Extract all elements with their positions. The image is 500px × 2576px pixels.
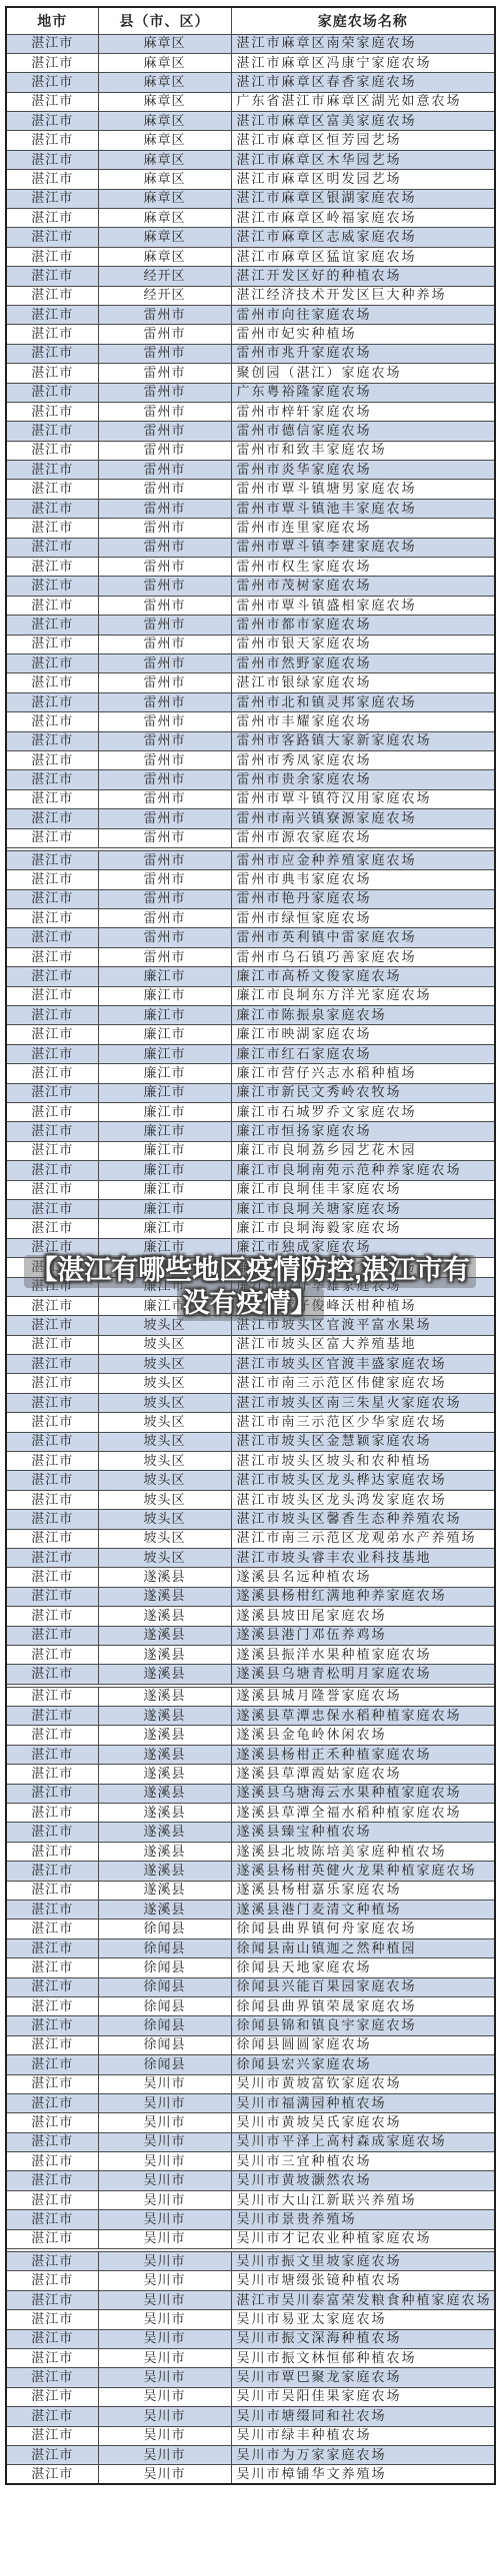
county-cell: 雷州市: [98, 850, 231, 869]
farm-cell: 湛江市麻章区冯康宁家庭农场: [231, 53, 495, 72]
farm-cell: 遂溪县杨柑嘉乐家庭农场: [231, 1881, 495, 1900]
county-cell: 坡头区: [98, 1452, 231, 1471]
county-cell: 徐闻县: [98, 2055, 231, 2074]
city-cell: 湛江市: [6, 596, 98, 615]
table-row: 湛江市坡头区湛江市南三示范区少华家庭农场: [6, 1413, 495, 1432]
farm-cell: 湛江市麻章区春香家庭农场: [231, 73, 495, 92]
county-cell: 雷州市: [98, 673, 231, 692]
table-row: 湛江市雷州市雷州市秀凤家庭农场: [6, 750, 495, 769]
city-cell: 湛江市: [6, 1665, 98, 1684]
table-row: 湛江市雷州市雷州市英利镇中雷家庭农场: [6, 928, 495, 947]
table-row: 湛江市麻章区湛江市麻章区木华园艺场: [6, 150, 495, 169]
county-cell: 雷州市: [98, 870, 231, 889]
city-cell: 湛江市: [6, 1064, 98, 1083]
city-cell: 湛江市: [6, 2271, 98, 2290]
county-cell: 吴川市: [98, 2093, 231, 2112]
table-row: 湛江市坡头区湛江市坡头区官渡平富水果场: [6, 1316, 495, 1335]
county-cell: 遂溪县: [98, 1862, 231, 1881]
farm-cell: 雷州市都市家庭农场: [231, 616, 495, 635]
farm-cell: 廉江市营仔华雄家庭农场: [231, 1277, 495, 1296]
county-cell: 遂溪县: [98, 1745, 231, 1764]
farm-cell: 湛江市坡头区龙头桦达家庭农场: [231, 1471, 495, 1490]
table-row: 湛江市遂溪县遂溪县港门邓伍养鸡场: [6, 1626, 495, 1645]
farm-cell: 雷州市贵余家庭农场: [231, 770, 495, 789]
farm-cell: 雷州市覃斗镇符汉用家庭农场: [231, 789, 495, 808]
table-row: 湛江市雷州市雷州市丰耀家庭农场: [6, 712, 495, 731]
farm-cell: 湛江市南三示范区少华家庭农场: [231, 1413, 495, 1432]
table-row: 湛江市麻章区湛江市麻章区富美家庭农场: [6, 112, 495, 131]
table-row: 湛江市雷州市雷州市覃斗镇李建家庭农场: [6, 538, 495, 557]
farm-cell: 廉江市良垌海毅家庭农场: [231, 1219, 495, 1238]
table-row: 湛江市雷州市雷州市连里家庭农场: [6, 519, 495, 538]
city-cell: 湛江市: [6, 1355, 98, 1374]
county-cell: 遂溪县: [98, 1842, 231, 1861]
table-row: 湛江市雷州市雷州市和致丰家庭农场: [6, 441, 495, 460]
table-row: 湛江市廉江市廉江市良垌东方洋光家庭农场: [6, 986, 495, 1005]
farm-cell: 遂溪县草潭全福水稻种植家庭农场: [231, 1804, 495, 1823]
farm-cell: 雷州市北和镇灵邦家庭农场: [231, 692, 495, 711]
farm-cell: 湛江市坡头区南三朱星火家庭农场: [231, 1393, 495, 1412]
farm-cell: 雷州市德信家庭农场: [231, 422, 495, 441]
table-row: 湛江市徐闻县徐闻县圆圆家庭农场: [6, 2035, 495, 2054]
county-cell: 遂溪县: [98, 1707, 231, 1726]
county-cell: 经开区: [98, 267, 231, 286]
city-cell: 湛江市: [6, 1726, 98, 1745]
farm-cell: 雷州市英利镇中雷家庭农场: [231, 928, 495, 947]
table-row: 湛江市雷州市雷州市德信家庭农场: [6, 422, 495, 441]
county-cell: 吴川市: [98, 2290, 231, 2309]
farm-cell: 廉江市营仔兴志水稻种植场: [231, 1064, 495, 1083]
city-cell: 湛江市: [6, 1510, 98, 1529]
city-cell: 湛江市: [6, 1180, 98, 1199]
table-row: 湛江市遂溪县遂溪县草潭忠保水稻种植家庭农场: [6, 1707, 495, 1726]
table-row: 湛江市雷州市雷州市炎华家庭农场: [6, 461, 495, 480]
farm-cell: 聚创园（湛江）家庭农场: [231, 364, 495, 383]
city-cell: 湛江市: [6, 92, 98, 111]
farm-cell: 遂溪县名远种植农场: [231, 1568, 495, 1587]
table-row: 湛江市吴川市吴川市为万家家庭农场: [6, 2445, 495, 2464]
county-cell: 遂溪县: [98, 1784, 231, 1803]
county-cell: 雷州市: [98, 344, 231, 363]
city-cell: 湛江市: [6, 402, 98, 421]
table-row: 湛江市麻章区湛江市麻章区岭福家庭农场: [6, 209, 495, 228]
table-row: 湛江市廉江市廉江市陈振泉家庭农场: [6, 1006, 495, 1025]
farm-cell: 吴川市塘缀张镜种植农场: [231, 2271, 495, 2290]
city-cell: 湛江市: [6, 1548, 98, 1567]
table-row: 湛江市廉江市廉江市良垌南苑示范种养家庭农场: [6, 1161, 495, 1180]
farm-cell: 雷州市应金种养殖家庭农场: [231, 850, 495, 869]
table-row: 湛江市遂溪县遂溪县振洋水果种植家庭农场: [6, 1645, 495, 1664]
table-row: 湛江市雷州市雷州市典韦家庭农场: [6, 870, 495, 889]
farm-cell: 湛江市坡头区坡头和农种植场: [231, 1452, 495, 1471]
table-row: 湛江市雷州市雷州市权生家庭农场: [6, 558, 495, 577]
table-row: 湛江市廉江市廉江市石城罗乔文家庭农场: [6, 1102, 495, 1121]
city-cell: 湛江市: [6, 1626, 98, 1645]
city-cell: 湛江市: [6, 577, 98, 596]
county-cell: 雷州市: [98, 325, 231, 344]
county-cell: 廉江市: [98, 1277, 231, 1296]
farm-cell: 吴川市振文里坡家庭农场: [231, 2252, 495, 2271]
table-row: 湛江市吴川市吴川市振文林恒郁种植农场: [6, 2348, 495, 2367]
farm-cell: 雷州市覃斗镇李建家庭农场: [231, 538, 495, 557]
county-cell: 坡头区: [98, 1335, 231, 1354]
city-cell: 湛江市: [6, 1804, 98, 1823]
county-cell: 遂溪县: [98, 1626, 231, 1645]
city-cell: 湛江市: [6, 1393, 98, 1412]
table-row: 湛江市麻章区湛江市麻章区春香家庭农场: [6, 73, 495, 92]
table-row: 湛江市雷州市雷州市向往家庭农场: [6, 305, 495, 324]
city-cell: 湛江市: [6, 1044, 98, 1063]
city-cell: 湛江市: [6, 73, 98, 92]
county-cell: 麻章区: [98, 131, 231, 150]
farm-cell: 雷州市覃斗镇池丰家庭农场: [231, 499, 495, 518]
farm-cell: 湛江市麻章区木华园艺场: [231, 150, 495, 169]
table-row: 湛江市廉江市廉江市高桥文俊家庭农场: [6, 967, 495, 986]
table-row: 湛江市廉江市廉江市映湖家庭农场: [6, 1025, 495, 1044]
city-cell: 湛江市: [6, 170, 98, 189]
county-cell: 坡头区: [98, 1432, 231, 1451]
col-header-city: 地市: [6, 7, 98, 34]
farm-cell: 廉江市新民文秀岭农牧场: [231, 1083, 495, 1102]
county-cell: 徐闻县: [98, 2016, 231, 2035]
city-cell: 湛江市: [6, 1296, 98, 1315]
table-row: 湛江市廉江市廉江市新民文秀岭农牧场: [6, 1083, 495, 1102]
table-row: 湛江市坡头区湛江市坡头区坡头和农种植场: [6, 1452, 495, 1471]
city-cell: 湛江市: [6, 1920, 98, 1938]
table-row: 湛江市雷州市雷州市覃斗镇符汉用家庭农场: [6, 789, 495, 808]
farm-cell: 廉江市石城罗乔文家庭农场: [231, 1102, 495, 1121]
farm-cell: 雷州市兆升家庭农场: [231, 344, 495, 363]
farm-cell: 廉江市营仔俊峰沃柑种植场: [231, 1296, 495, 1315]
table-row: 湛江市吴川市吴川市大山江新联兴养殖场: [6, 2190, 495, 2209]
table-row: 湛江市吴川市吴川市塘缀张镜种植农场: [6, 2271, 495, 2290]
county-cell: 遂溪县: [98, 1726, 231, 1745]
city-cell: 湛江市: [6, 1881, 98, 1900]
table-row: 湛江市遂溪县遂溪县金龟岭休闲农场: [6, 1726, 495, 1745]
farm-cell: 吴川市三宜种植农场: [231, 2152, 495, 2171]
county-cell: 徐闻县: [98, 1938, 231, 1957]
table-row: 湛江市吴川市吴川市才记农业种植家庭农场: [6, 2229, 495, 2248]
county-cell: 廉江市: [98, 1199, 231, 1218]
farm-cell: 湛江市南三示范区龙观弟水产养殖场: [231, 1529, 495, 1548]
farm-cell: 雷州市连里家庭农场: [231, 519, 495, 538]
farm-cell: 雷州市秀凤家庭农场: [231, 750, 495, 769]
county-cell: 坡头区: [98, 1355, 231, 1374]
city-cell: 湛江市: [6, 2152, 98, 2171]
city-cell: 湛江市: [6, 889, 98, 908]
farm-cell: 湛江市麻章区志威家庭农场: [231, 228, 495, 247]
table-row: 湛江市麻章区湛江市麻章区银湖家庭农场: [6, 189, 495, 208]
farm-cell: 遂溪县坡田尾家庭农场: [231, 1607, 495, 1626]
city-cell: 湛江市: [6, 1238, 98, 1257]
county-cell: 徐闻县: [98, 2035, 231, 2054]
city-cell: 湛江市: [6, 1335, 98, 1354]
farm-cell: 廉江市良垌南苑示范种养家庭农场: [231, 1161, 495, 1180]
county-cell: 雷州市: [98, 558, 231, 577]
farm-cell: 雷州市覃斗镇塘男家庭农场: [231, 480, 495, 499]
county-cell: 麻章区: [98, 247, 231, 266]
city-cell: 湛江市: [6, 34, 98, 53]
city-cell: 湛江市: [6, 1745, 98, 1764]
county-cell: 吴川市: [98, 2190, 231, 2209]
city-cell: 湛江市: [6, 1374, 98, 1393]
city-cell: 湛江市: [6, 422, 98, 441]
county-cell: 雷州市: [98, 692, 231, 711]
city-cell: 湛江市: [6, 850, 98, 869]
county-cell: 遂溪县: [98, 1687, 231, 1706]
county-cell: 廉江市: [98, 1083, 231, 1102]
city-cell: 湛江市: [6, 2055, 98, 2074]
table-row: 湛江市遂溪县遂溪县城月隆誉家庭农场: [6, 1687, 495, 1706]
county-cell: 雷州市: [98, 809, 231, 828]
county-cell: 坡头区: [98, 1471, 231, 1490]
county-cell: 坡头区: [98, 1510, 231, 1529]
farm-cell: 吴川市绿丰种植农场: [231, 2426, 495, 2445]
city-cell: 湛江市: [6, 616, 98, 635]
city-cell: 湛江市: [6, 538, 98, 557]
farm-cell: 吴川市吴阳佳果家庭农场: [231, 2387, 495, 2406]
farm-cell: 雷州市和致丰家庭农场: [231, 441, 495, 460]
table-row: 湛江市吴川市湛江市吴川泰富荣发粮食种植家庭农场: [6, 2290, 495, 2309]
table-row: 湛江市遂溪县遂溪县港门麦清文种植场: [6, 1901, 495, 1920]
farm-cell: 雷州市典韦家庭农场: [231, 870, 495, 889]
table-row: 湛江市坡头区湛江市坡头区富大养殖基地: [6, 1335, 495, 1354]
table-row: 湛江市麻章区湛江市麻章区明发园艺场: [6, 170, 495, 189]
county-cell: 廉江市: [98, 1044, 231, 1063]
table-row: 湛江市经开区湛江开发区好的种植农场: [6, 267, 495, 286]
farm-cell: 廉江市良垌荔乡园艺花木园: [231, 1141, 495, 1160]
city-cell: 湛江市: [6, 305, 98, 324]
county-cell: 坡头区: [98, 1393, 231, 1412]
table-row: 湛江市遂溪县遂溪县臻宝种植农场: [6, 1823, 495, 1842]
table-row: 湛江市雷州市雷州市覃斗镇池丰家庭农场: [6, 499, 495, 518]
farm-cell: 徐闻县曲界镇荣晟家庭农场: [231, 1996, 495, 2015]
farm-cell: 湛江市坡头区官渡平富水果场: [231, 1316, 495, 1335]
table-row: 湛江市遂溪县遂溪县草潭霞姑家庭农场: [6, 1765, 495, 1784]
county-cell: 遂溪县: [98, 1881, 231, 1900]
city-cell: 湛江市: [6, 247, 98, 266]
table-row: 湛江市遂溪县遂溪县草潭全福水稻种植家庭农场: [6, 1804, 495, 1823]
farm-cell: 遂溪县港门邓伍养鸡场: [231, 1626, 495, 1645]
farm-cell: 吴川市樟铺华文养殖场: [231, 2465, 495, 2484]
farm-cell: 湛江市银绿家庭农场: [231, 673, 495, 692]
farm-cell: 湛江市坡头区官渡丰盛家庭农场: [231, 1355, 495, 1374]
table-row: 湛江市雷州市雷州市贵余家庭农场: [6, 770, 495, 789]
city-cell: 湛江市: [6, 1471, 98, 1490]
farm-cell: 遂溪县草潭忠保水稻种植家庭农场: [231, 1707, 495, 1726]
farm-cell: 吴川市振文林恒郁种植农场: [231, 2348, 495, 2367]
county-cell: 雷州市: [98, 909, 231, 928]
county-cell: 麻章区: [98, 170, 231, 189]
county-cell: 吴川市: [98, 2252, 231, 2271]
farm-cell: 徐闻县宏兴家庭农场: [231, 2055, 495, 2074]
city-cell: 湛江市: [6, 1413, 98, 1432]
city-cell: 湛江市: [6, 53, 98, 72]
table-row: 湛江市遂溪县遂溪县杨柑红满地种养家庭农场: [6, 1587, 495, 1606]
county-cell: 廉江市: [98, 1238, 231, 1257]
city-cell: 湛江市: [6, 1258, 98, 1277]
table-row: 湛江市雷州市雷州市然野家庭农场: [6, 654, 495, 673]
city-cell: 湛江市: [6, 2310, 98, 2329]
table-row: 湛江市坡头区湛江市南三示范区龙观弟水产养殖场: [6, 1529, 495, 1548]
table-row: 湛江市坡头区湛江市坡头区龙头鸿发家庭农场: [6, 1490, 495, 1509]
county-cell: 廉江市: [98, 1006, 231, 1025]
farm-cell: 吴川市振文深海种植农场: [231, 2329, 495, 2348]
county-cell: 廉江市: [98, 986, 231, 1005]
county-cell: 吴川市: [98, 2310, 231, 2329]
county-cell: 吴川市: [98, 2387, 231, 2406]
county-cell: 遂溪县: [98, 1568, 231, 1587]
city-cell: 湛江市: [6, 1645, 98, 1664]
city-cell: 湛江市: [6, 1277, 98, 1296]
farm-cell: 遂溪县草潭霞姑家庭农场: [231, 1765, 495, 1784]
col-header-county: 县（市、区）: [98, 7, 231, 34]
county-cell: 遂溪县: [98, 1645, 231, 1664]
county-cell: 吴川市: [98, 2368, 231, 2387]
county-cell: 遂溪县: [98, 1665, 231, 1684]
farm-cell: 吴川市景贵养殖场: [231, 2210, 495, 2229]
table-row: 湛江市廉江市廉江市营仔华雄家庭农场: [6, 1277, 495, 1296]
table-row: 湛江市雷州市聚创园（湛江）家庭农场: [6, 364, 495, 383]
city-cell: 湛江市: [6, 1784, 98, 1803]
farm-cell: 吴川市才记农业种植家庭农场: [231, 2229, 495, 2248]
table-row: 湛江市吴川市吴川市景贵养殖场: [6, 2210, 495, 2229]
table-row: 湛江市徐闻县徐闻县锦和镇良宇家庭农场: [6, 2016, 495, 2035]
county-cell: 吴川市: [98, 2407, 231, 2426]
county-cell: 雷州市: [98, 635, 231, 653]
farm-cell: 雷州市乌石镇巧善家庭农场: [231, 947, 495, 966]
county-cell: 遂溪县: [98, 1901, 231, 1920]
county-cell: 雷州市: [98, 770, 231, 789]
county-cell: 雷州市: [98, 422, 231, 441]
city-cell: 湛江市: [6, 2407, 98, 2426]
county-cell: 坡头区: [98, 1490, 231, 1509]
table-row: 湛江市徐闻县徐闻县曲界镇荣晟家庭农场: [6, 1996, 495, 2015]
city-cell: 湛江市: [6, 1219, 98, 1238]
farm-cell: 湛江市麻章区猛谊家庭农场: [231, 247, 495, 266]
table-row: 湛江市徐闻县徐闻县南山镇迦之然种植园: [6, 1938, 495, 1957]
county-cell: 雷州市: [98, 499, 231, 518]
farm-table: 地市 县（市、区） 家庭农场名称 湛江市麻章区湛江市麻章区南荣家庭农场湛江市麻章…: [5, 6, 496, 2485]
county-cell: 雷州市: [98, 519, 231, 538]
county-cell: 麻章区: [98, 112, 231, 131]
city-cell: 湛江市: [6, 480, 98, 499]
county-cell: 吴川市: [98, 2152, 231, 2171]
city-cell: 湛江市: [6, 1707, 98, 1726]
farm-cell: 廉江市良垌佳丰家庭农场: [231, 1180, 495, 1199]
city-cell: 湛江市: [6, 770, 98, 789]
city-cell: 湛江市: [6, 2210, 98, 2229]
farm-cell: 湛江市坡头区富大养殖基地: [231, 1335, 495, 1354]
farm-cell: 廉江市石城何灼焕家庭农场: [231, 1258, 495, 1277]
table-row: 湛江市雷州市雷州市覃斗镇盛相家庭农场: [6, 596, 495, 615]
table-row: 湛江市雷州市湛江市银绿家庭农场: [6, 673, 495, 692]
table-row: 湛江市吴川市吴川市樟铺华文养殖场: [6, 2465, 495, 2484]
table-row: 湛江市徐闻县徐闻县天地家庭农场: [6, 1958, 495, 1977]
table-row: 湛江市廉江市廉江市良垌佳丰家庭农场: [6, 1180, 495, 1199]
table-row: 湛江市雷州市广东粤裕隆家庭农场: [6, 383, 495, 402]
table-row: 湛江市廉江市廉江市石城何灼焕家庭农场: [6, 1258, 495, 1277]
county-cell: 廉江市: [98, 1161, 231, 1180]
city-cell: 湛江市: [6, 1199, 98, 1218]
county-cell: 廉江市: [98, 1025, 231, 1044]
farm-cell: 雷州市绿恒家庭农场: [231, 909, 495, 928]
farm-cell: 湛江市麻章区南荣家庭农场: [231, 34, 495, 53]
table-row: 湛江市麻章区湛江市麻章区猛谊家庭农场: [6, 247, 495, 266]
farm-cell: 雷州市梓轩家庭农场: [231, 402, 495, 421]
county-cell: 雷州市: [98, 789, 231, 808]
farm-cell: 湛江市坡头区龙头鸿发家庭农场: [231, 1490, 495, 1509]
county-cell: 雷州市: [98, 731, 231, 750]
county-cell: 廉江市: [98, 1141, 231, 1160]
farm-cell: 雷州市丰耀家庭农场: [231, 712, 495, 731]
farm-cell: 遂溪县港门麦清文种植场: [231, 1901, 495, 1920]
table-row: 湛江市遂溪县遂溪县乌塘青松明月家庭农场: [6, 1665, 495, 1684]
county-cell: 吴川市: [98, 2426, 231, 2445]
city-cell: 湛江市: [6, 461, 98, 480]
city-cell: 湛江市: [6, 2190, 98, 2209]
table-row: 湛江市坡头区湛江市坡头区南三朱星火家庭农场: [6, 1393, 495, 1412]
city-cell: 湛江市: [6, 1587, 98, 1606]
county-cell: 吴川市: [98, 2074, 231, 2093]
county-cell: 雷州市: [98, 947, 231, 966]
table-row: 湛江市吴川市吴川市塘缀同和社农场: [6, 2407, 495, 2426]
farm-cell: 廉江市良垌东方洋光家庭农场: [231, 986, 495, 1005]
city-cell: 湛江市: [6, 673, 98, 692]
col-header-farm-name: 家庭农场名称: [231, 7, 495, 34]
county-cell: 雷州市: [98, 461, 231, 480]
farm-cell: 雷州市炎华家庭农场: [231, 461, 495, 480]
county-cell: 坡头区: [98, 1529, 231, 1548]
table-row: 湛江市雷州市雷州市都市家庭农场: [6, 616, 495, 635]
farm-cell: 遂溪县乌塘青松明月家庭农场: [231, 1665, 495, 1684]
table-row: 湛江市雷州市雷州市源农家庭农场: [6, 828, 495, 847]
farm-cell: 徐闻县天地家庭农场: [231, 1958, 495, 1977]
city-cell: 湛江市: [6, 1901, 98, 1920]
farm-cell: 廉江市映湖家庭农场: [231, 1025, 495, 1044]
city-cell: 湛江市: [6, 150, 98, 169]
county-cell: 坡头区: [98, 1413, 231, 1432]
city-cell: 湛江市: [6, 1006, 98, 1025]
county-cell: 廉江市: [98, 1219, 231, 1238]
table-row: 湛江市坡头区湛江市坡头区馨香生态种养殖农场: [6, 1510, 495, 1529]
farm-cell: 吴川市黄坡富钦家庭农场: [231, 2074, 495, 2093]
table-row: 湛江市雷州市雷州市茂树家庭农场: [6, 577, 495, 596]
farm-cell: 湛江开发区好的种植农场: [231, 267, 495, 286]
farm-cell: 廉江市恒扬家庭农场: [231, 1122, 495, 1141]
county-cell: 雷州市: [98, 364, 231, 383]
city-cell: 湛江市: [6, 2426, 98, 2445]
table-row: 湛江市廉江市廉江市营仔俊峰沃柑种植场: [6, 1296, 495, 1315]
city-cell: 湛江市: [6, 209, 98, 228]
table-row: 湛江市经开区湛江经济技术开发区巨大种养场: [6, 286, 495, 305]
county-cell: 吴川市: [98, 2113, 231, 2132]
farm-cell: 遂溪县金龟岭休闲农场: [231, 1726, 495, 1745]
county-cell: 麻章区: [98, 189, 231, 208]
county-cell: 遂溪县: [98, 1587, 231, 1606]
city-cell: 湛江市: [6, 1568, 98, 1587]
table-row: 湛江市遂溪县遂溪县杨柑嘉乐家庭农场: [6, 1881, 495, 1900]
county-cell: 廉江市: [98, 1102, 231, 1121]
city-cell: 湛江市: [6, 2113, 98, 2132]
county-cell: 麻章区: [98, 73, 231, 92]
table-row: 湛江市吴川市吴川市黄坡吴氏家庭农场: [6, 2113, 495, 2132]
county-cell: 廉江市: [98, 1180, 231, 1199]
farm-cell: 湛江市坡头睿丰农业科技基地: [231, 1548, 495, 1567]
city-cell: 湛江市: [6, 1996, 98, 2015]
farm-cell: 湛江市麻章区恒芳园艺场: [231, 131, 495, 150]
table-row: 湛江市吴川市吴川市福满园种植农场: [6, 2093, 495, 2112]
